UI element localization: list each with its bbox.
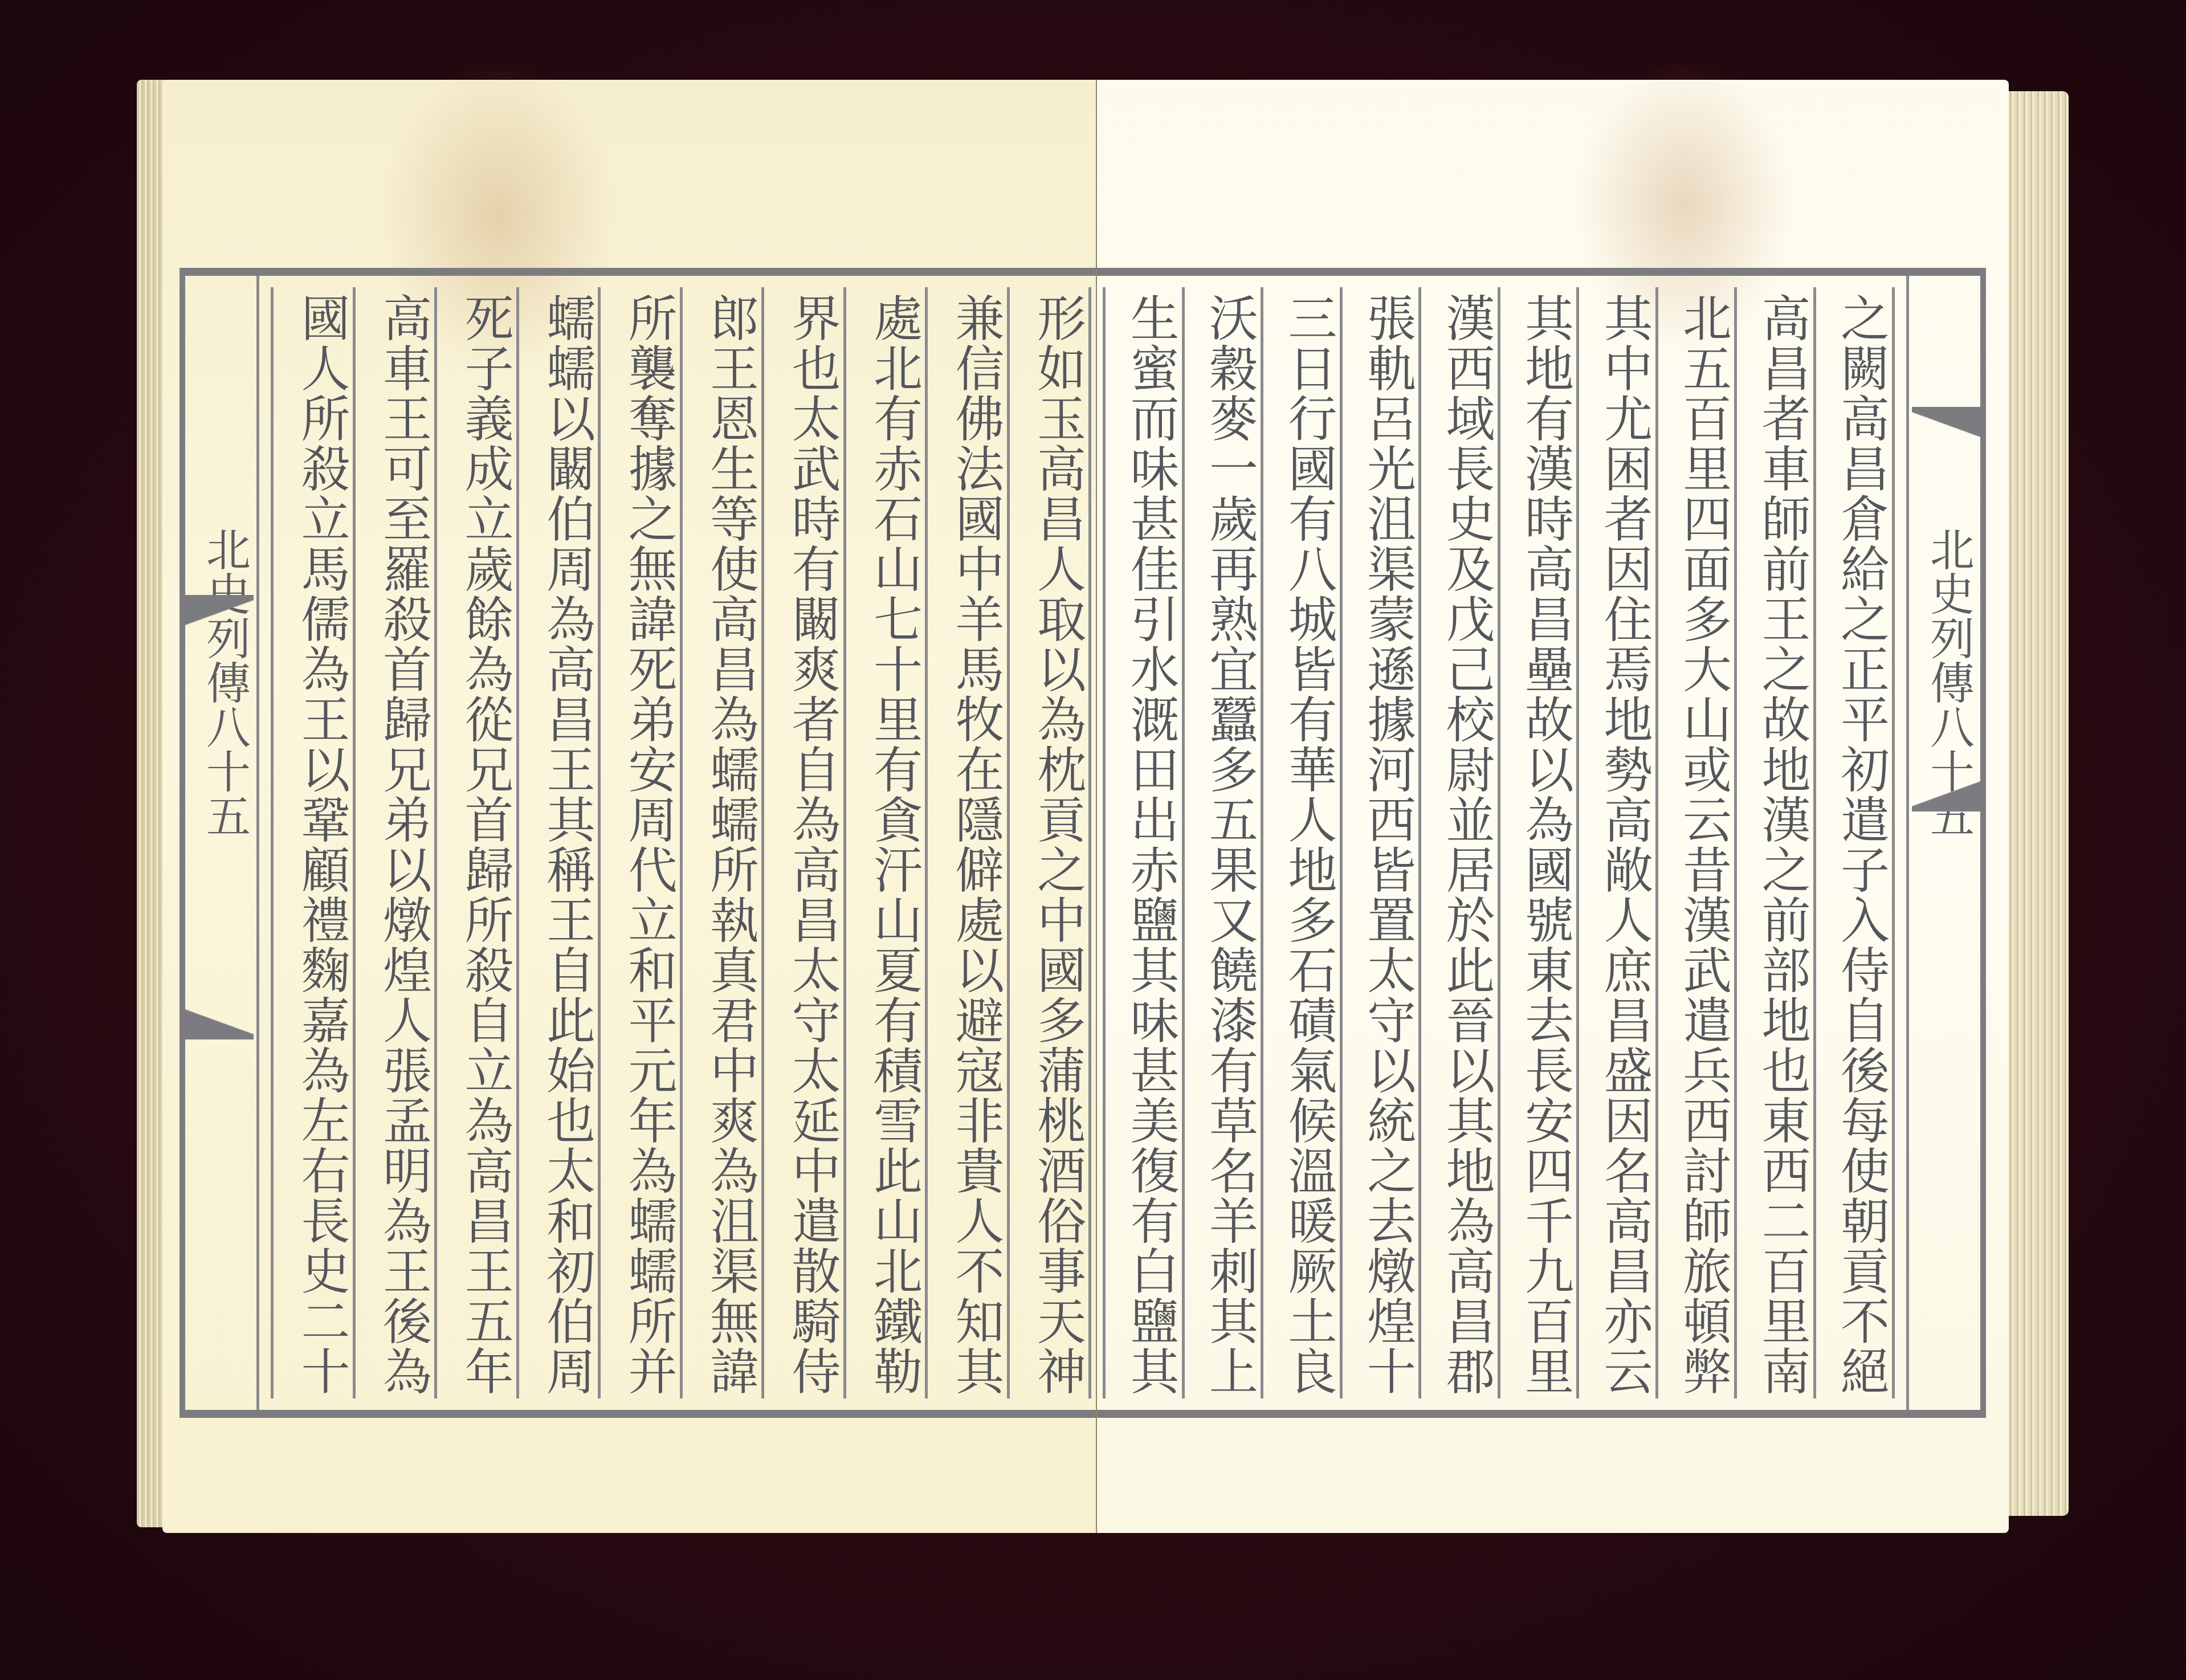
text-column: 所襲奪據之無諱死弟安周代立和平元年為蠕蠕所并 bbox=[598, 287, 680, 1398]
text-column: 沃穀麥一歲再熟宜蠶多五果又饒漆有草名羊刺其上 bbox=[1182, 287, 1261, 1398]
text-column: 其地有漢時高昌壘故以為國號東去長安四千九百里 bbox=[1498, 287, 1577, 1398]
text-column: 高昌者車師前王之故地漢之前部地也東西二百里南 bbox=[1734, 287, 1813, 1398]
text-column: 北五百里四面多大山或云昔漢武遣兵西討師旅頓弊 bbox=[1655, 287, 1735, 1398]
right-page-margin-label: 北史列傳八十五 bbox=[1906, 276, 1980, 1410]
text-column: 兼信佛法國中羊馬牧在隱僻處以避寇非貴人不知其 bbox=[925, 287, 1007, 1398]
left-page-frame: 北史列傳八十五 形如玉高昌人取以為枕貢之中國多蒲桃酒俗事天神 兼信佛法國中羊馬牧… bbox=[180, 268, 1097, 1418]
text-column: 高車王可至羅殺首歸兄弟以燉煌人張孟明為王後為 bbox=[353, 287, 435, 1398]
right-page-text-columns: 之闕高昌倉給之正平初遣子入侍自後每使朝貢不絕 高昌者車師前王之故地漢之前部地也東… bbox=[1103, 287, 1895, 1398]
fishtail-mark bbox=[185, 595, 254, 629]
text-column: 死子義成立歲餘為從兄首歸所殺自立為高昌王五年 bbox=[434, 287, 516, 1398]
open-book: 北史列傳八十五 形如玉高昌人取以為枕貢之中國多蒲桃酒俗事天神 兼信佛法國中羊馬牧… bbox=[137, 80, 2069, 1539]
text-column: 郎王恩生等使高昌為蠕蠕所執真君中爽為沮渠無諱 bbox=[680, 287, 762, 1398]
text-column: 生蜜而味甚佳引水溉田出赤鹽其味甚美復有白鹽其 bbox=[1103, 287, 1182, 1398]
text-column: 界也太武時有闞爽者自為高昌太守太延中遣散騎侍 bbox=[761, 287, 843, 1398]
fishtail-mark bbox=[185, 1005, 254, 1039]
text-column: 張軌呂光沮渠蒙遜據河西皆置太守以統之去燉煌十 bbox=[1340, 287, 1419, 1398]
right-page-frame: 北史列傳八十五 之闕高昌倉給之正平初遣子入侍自後每使朝貢不絕 高昌者車師前王之故… bbox=[1097, 268, 1986, 1418]
left-page-text-columns: 形如玉高昌人取以為枕貢之中國多蒲桃酒俗事天神 兼信佛法國中羊馬牧在隱僻處以避寇非… bbox=[271, 287, 1091, 1398]
text-column: 三日行國有八城皆有華人地多石磧氣候溫暖厥土良 bbox=[1261, 287, 1340, 1398]
fishtail-mark bbox=[1912, 407, 1980, 441]
text-column: 之闕高昌倉給之正平初遣子入侍自後每使朝貢不絕 bbox=[1813, 287, 1895, 1398]
text-column: 形如玉高昌人取以為枕貢之中國多蒲桃酒俗事天神 bbox=[1007, 287, 1092, 1398]
text-column: 蠕蠕以闞伯周為高昌王其稱王自此始也太和初伯周 bbox=[516, 287, 598, 1398]
text-column: 漢西域長史及戊己校尉並居於此晉以其地為高昌郡 bbox=[1418, 287, 1498, 1398]
text-column: 處北有赤石山七十里有貪汗山夏有積雪此山北鐵勒 bbox=[843, 287, 925, 1398]
right-page: 北史列傳八十五 之闕高昌倉給之正平初遣子入侍自後每使朝貢不絕 高昌者車師前王之故… bbox=[1097, 80, 2009, 1533]
page-stack-right-edge bbox=[2000, 91, 2069, 1516]
text-column: 其中尤困者因住焉地勢高敞人庶昌盛因名高昌亦云 bbox=[1576, 287, 1655, 1398]
left-page-margin-label: 北史列傳八十五 bbox=[185, 276, 259, 1410]
left-page: 北史列傳八十五 形如玉高昌人取以為枕貢之中國多蒲桃酒俗事天神 兼信佛法國中羊馬牧… bbox=[162, 80, 1097, 1533]
fishtail-mark bbox=[1912, 777, 1980, 812]
text-column: 國人所殺立馬儒為王以鞏顧禮麴嘉為左右長史二十 bbox=[271, 287, 353, 1398]
